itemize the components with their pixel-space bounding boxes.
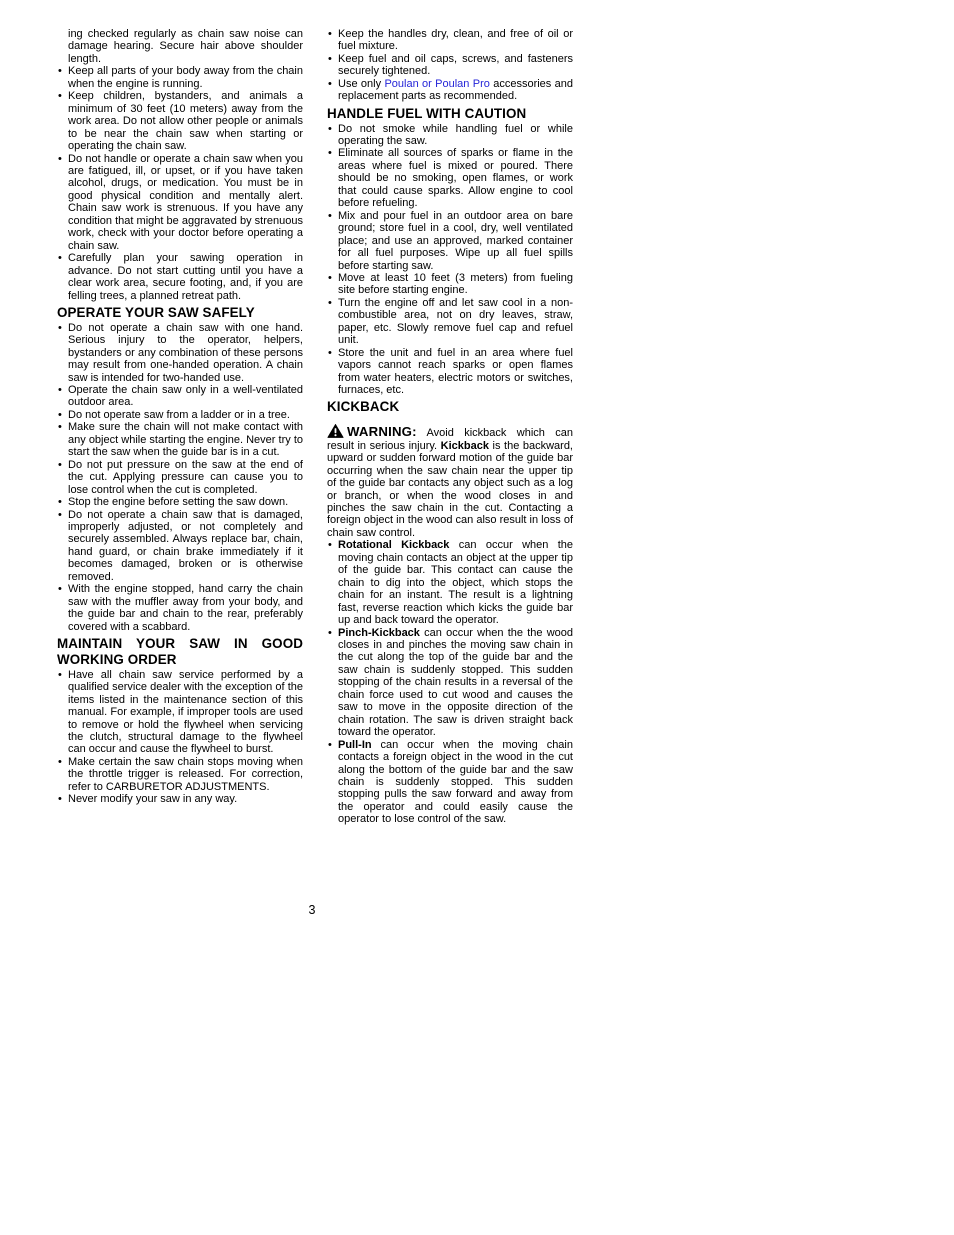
text-run: Eliminate all sources of sparks or flame… xyxy=(338,147,573,209)
left-column: ing checked regularly as chain saw noise… xyxy=(57,28,303,806)
bullet-marker: • xyxy=(58,793,62,805)
bullet-item: •Do not smoke while handling fuel or whi… xyxy=(327,123,573,148)
text-run: Stop the engine before setting the saw d… xyxy=(68,496,288,508)
bullet-item: •Make certain the saw chain stops moving… xyxy=(57,756,303,793)
bullet-marker: • xyxy=(58,669,62,681)
bullet-marker: • xyxy=(58,409,62,421)
bullet-marker: • xyxy=(58,459,62,471)
bullet-marker: • xyxy=(58,384,62,396)
bullet-item: •Do not operate a chain saw that is dama… xyxy=(57,509,303,584)
bullet-item: •Operate the chain saw only in a well-ve… xyxy=(57,384,303,409)
text-run: Keep the handles dry, clean, and free of… xyxy=(338,28,573,52)
text-run: Have all chain saw service performed by … xyxy=(68,669,303,756)
bullet-item: •Pinch-Kickback can occur when the the w… xyxy=(327,627,573,739)
section-heading: MAINTAIN YOUR SAW IN GOOD WORKING ORDER xyxy=(57,636,303,668)
bullet-marker: • xyxy=(58,509,62,521)
text-run: ing checked regularly as chain saw noise… xyxy=(68,28,303,65)
bullet-item: •Do not operate a chain saw with one han… xyxy=(57,322,303,384)
bullet-item: •Carefully plan your sawing operation in… xyxy=(57,252,303,302)
bullet-item: •Do not handle or operate a chain saw wh… xyxy=(57,153,303,253)
bullet-marker: • xyxy=(328,53,332,65)
bullet-item: •Use only Poulan or Poulan Pro accessori… xyxy=(327,78,573,103)
bullet-item: •Turn the engine off and let saw cool in… xyxy=(327,297,573,347)
section-heading: OPERATE YOUR SAW SAFELY xyxy=(57,305,303,321)
text-run: Pinch-Kickback xyxy=(338,627,420,639)
text-run: Make sure the chain will not make contac… xyxy=(68,421,303,458)
bullet-marker: • xyxy=(328,347,332,359)
text-run: Do not put pressure on the saw at the en… xyxy=(68,459,303,496)
bullet-item: •Have all chain saw service performed by… xyxy=(57,669,303,756)
text-run: can occur when the moving chain contacts… xyxy=(338,539,573,626)
bullet-item: •Move at least 10 feet (3 meters) from f… xyxy=(327,272,573,297)
warning-triangle-icon xyxy=(327,424,344,438)
text-run: can occur when the the wood closes in an… xyxy=(338,627,573,739)
document-page: ing checked regularly as chain saw noise… xyxy=(0,0,954,1235)
text-run: Pull-In xyxy=(338,739,372,751)
bullet-marker: • xyxy=(58,322,62,334)
bullet-item: •Do not operate saw from a ladder or in … xyxy=(57,409,303,421)
bullet-item: •Store the unit and fuel in an area wher… xyxy=(327,347,573,397)
text-run: Carefully plan your sawing operation in … xyxy=(68,252,303,301)
bullet-item: •Keep all parts of your body away from t… xyxy=(57,65,303,90)
bullet-marker: • xyxy=(328,539,332,551)
bullet-marker: • xyxy=(58,583,62,595)
bullet-marker: • xyxy=(58,496,62,508)
bullet-item: •Eliminate all sources of sparks or flam… xyxy=(327,147,573,209)
paragraph: ing checked regularly as chain saw noise… xyxy=(57,28,303,65)
bullet-item: •Keep the handles dry, clean, and free o… xyxy=(327,28,573,53)
bullet-marker: • xyxy=(328,78,332,90)
text-run: WARNING: xyxy=(347,424,417,439)
bullet-item: •Pull-In can occur when the moving chain… xyxy=(327,739,573,826)
bullet-marker: • xyxy=(58,252,62,264)
section-heading: KICKBACK xyxy=(327,399,573,415)
text-run: is the backward, upward or sudden forwar… xyxy=(327,440,573,539)
text-run: Keep all parts of your body away from th… xyxy=(68,65,303,89)
text-run: Keep fuel and oil caps, screws, and fast… xyxy=(338,53,573,77)
text-run: Make certain the saw chain stops moving … xyxy=(68,756,303,793)
text-run: Mix and pour fuel in an outdoor area on … xyxy=(338,210,573,272)
text-run: Move at least 10 feet (3 meters) from fu… xyxy=(338,272,573,296)
text-run: Store the unit and fuel in an area where… xyxy=(338,347,573,396)
inline-link[interactable]: Poulan or Poulan Pro xyxy=(384,78,489,90)
bullet-item: •Make sure the chain will not make conta… xyxy=(57,421,303,458)
bullet-item: •Never modify your saw in any way. xyxy=(57,793,303,805)
warning-paragraph: WARNING: Avoid kickback which can result… xyxy=(327,424,573,539)
text-run: Do not operate a chain saw with one hand… xyxy=(68,322,303,384)
text-run: Rotational Kickback xyxy=(338,539,449,551)
page-number: 3 xyxy=(299,903,325,917)
bullet-item: •Rotational Kickback can occur when the … xyxy=(327,539,573,626)
bullet-marker: • xyxy=(58,421,62,433)
text-run: Do not operate a chain saw that is damag… xyxy=(68,509,303,583)
bullet-item: •Keep children, bystanders, and animals … xyxy=(57,90,303,152)
text-run: Kickback xyxy=(441,440,489,452)
bullet-marker: • xyxy=(328,210,332,222)
bullet-marker: • xyxy=(58,90,62,102)
bullet-marker: • xyxy=(328,272,332,284)
bullet-marker: • xyxy=(328,147,332,159)
bullet-item: •Stop the engine before setting the saw … xyxy=(57,496,303,508)
text-run: Do not operate saw from a ladder or in a… xyxy=(68,409,290,421)
bullet-marker: • xyxy=(328,297,332,309)
bullet-marker: • xyxy=(58,153,62,165)
right-column: •Keep the handles dry, clean, and free o… xyxy=(327,28,573,826)
text-run: Keep children, bystanders, and animals a… xyxy=(68,90,303,152)
bullet-marker: • xyxy=(328,28,332,40)
bullet-marker: • xyxy=(58,65,62,77)
bullet-marker: • xyxy=(328,739,332,751)
text-run: Operate the chain saw only in a well-ven… xyxy=(68,384,303,408)
text-run: Use only xyxy=(338,78,384,90)
bullet-item: •Do not put pressure on the saw at the e… xyxy=(57,459,303,496)
text-run: can occur when the moving chain contacts… xyxy=(338,739,573,826)
bullet-marker: • xyxy=(328,123,332,135)
text-run: With the engine stopped, hand carry the … xyxy=(68,583,303,632)
bullet-item: •Keep fuel and oil caps, screws, and fas… xyxy=(327,53,573,78)
text-run: Do not smoke while handling fuel or whil… xyxy=(338,123,573,147)
bullet-item: •With the engine stopped, hand carry the… xyxy=(57,583,303,633)
text-run: Do not handle or operate a chain saw whe… xyxy=(68,153,303,252)
bullet-marker: • xyxy=(58,756,62,768)
bullet-marker: • xyxy=(328,627,332,639)
bullet-item: •Mix and pour fuel in an outdoor area on… xyxy=(327,210,573,272)
section-heading: HANDLE FUEL WITH CAUTION xyxy=(327,106,573,122)
text-run: Never modify your saw in any way. xyxy=(68,793,237,805)
text-run: Turn the engine off and let saw cool in … xyxy=(338,297,573,346)
